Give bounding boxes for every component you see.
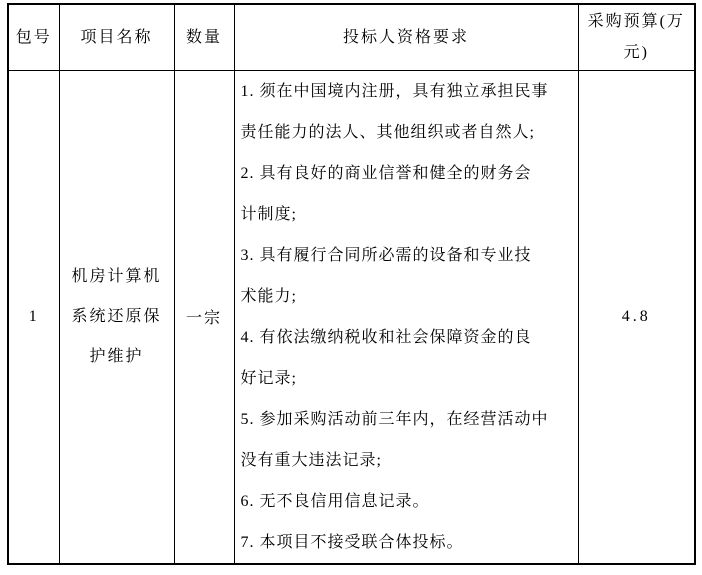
requirement-line: 3. 具有履行合同所必需的设备和专业技	[241, 235, 572, 276]
requirement-line: 1. 须在中国境内注册，具有独立承担民事	[241, 71, 572, 112]
table-header-row: 包号 项目名称 数量 投标人资格要求 采购预算(万元)	[8, 4, 695, 70]
document-page: 包号 项目名称 数量 投标人资格要求 采购预算(万元) 1 机房计算机系统还原保…	[7, 3, 694, 568]
requirement-line: 2. 具有良好的商业信誉和健全的财务会	[241, 153, 572, 194]
requirement-line: 5. 参加采购活动前三年内，在经营活动中	[241, 399, 572, 440]
requirement-line: 计制度;	[241, 194, 572, 235]
requirement-line: 好记录;	[241, 358, 572, 399]
table-row: 1 机房计算机系统还原保护维护 一宗 1. 须在中国境内注册，具有独立承担民事 …	[8, 70, 695, 564]
header-quantity: 数量	[174, 4, 234, 70]
header-project-name: 项目名称	[59, 4, 174, 70]
cell-project-name: 机房计算机系统还原保护维护	[59, 70, 174, 564]
requirement-line: 责任能力的法人、其他组织或者自然人;	[241, 112, 572, 153]
procurement-table: 包号 项目名称 数量 投标人资格要求 采购预算(万元) 1 机房计算机系统还原保…	[7, 3, 696, 565]
cell-quantity: 一宗	[174, 70, 234, 564]
header-procurement-budget: 采购预算(万元)	[578, 4, 695, 70]
requirement-line: 术能力;	[241, 276, 572, 317]
header-bidder-qualification: 投标人资格要求	[234, 4, 578, 70]
cell-package-no: 1	[8, 70, 59, 564]
header-package-no: 包号	[8, 4, 59, 70]
requirement-line: 6. 无不良信用信息记录。	[241, 481, 572, 522]
cell-qualification-requirements: 1. 须在中国境内注册，具有独立承担民事 责任能力的法人、其他组织或者自然人; …	[234, 70, 578, 564]
requirement-line: 7. 本项目不接受联合体投标。	[241, 522, 572, 563]
cell-budget: 4.8	[578, 70, 695, 564]
requirement-line: 没有重大违法记录;	[241, 440, 572, 481]
requirement-line: 4. 有依法缴纳税收和社会保障资金的良	[241, 317, 572, 358]
